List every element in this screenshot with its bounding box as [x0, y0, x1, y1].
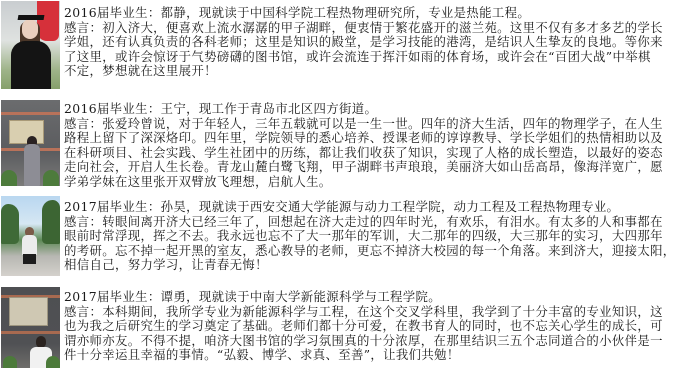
entry-text: 2017届毕业生：谭勇，现就读于中南大学新能源科学与工程学院。 感言：本科期间，… — [64, 290, 684, 363]
entry-body-line: 感言：张爱玲曾说，对于年轻人，三年五载就可以是一生一世。四年的济大生活，四年的物… — [64, 117, 684, 132]
entry-body-line: 了这里，或许会惊讶于气势磅礴的图书馆，或许会流连于挥汗如雨的体育场，或许会在“百… — [64, 50, 684, 65]
entry-heading: 2016届毕业生：王宁，现工作于青岛市北区四方街道。 — [64, 102, 684, 117]
entry-heading: 2017届毕业生：孙昊，现就读于西安交通大学能源与动力工程学院，动力工程及工程热… — [64, 200, 684, 215]
entry-body-line: 感言：初入济大，便喜欢上流水潺潺的甲子湖畔，便衷情于繁花盛开的滋兰苑。这里不仅有… — [64, 21, 684, 36]
entry-body-line: 眼前时常浮现，挥之不去。我永远也忘不了大一那年的军训，大二那年的四级，大三那年的… — [64, 229, 684, 244]
entry-text: 2016届毕业生：王宁，现工作于青岛市北区四方街道。 感言：张爱玲曾说，对于年轻… — [64, 102, 684, 190]
entry-body-line: 的考研。忘不掉一起开黑的室友，悉心教导的老师，更忘不掉济大校园的每一个角落。来到… — [64, 244, 684, 259]
entry-text: 2016届毕业生：都静，现就读于中国科学院工程热物理研究所，专业是热能工程。 感… — [64, 6, 684, 79]
entry-body-line: 不定，梦想就在这里展开！ — [64, 64, 684, 79]
entry-body-line: 也为我之后研究生的学习奠定了基础。老师们都十分可爱，在教书育人的同时，也不忘关心… — [64, 319, 684, 334]
entry-body-line: 感言：本科期间，我所学专业为新能源科学与工程，在这个交叉学科里，我学到了十分丰富… — [64, 305, 684, 320]
entry-heading: 2016届毕业生：都静，现就读于中国科学院工程热物理研究所，专业是热能工程。 — [64, 6, 684, 21]
entry-body-line: 相信自己，努力学习，让青春无悔！ — [64, 258, 684, 273]
graduate-in-gown-photo — [1, 1, 60, 89]
man-by-plaque-photo — [1, 287, 60, 368]
woman-by-plaque-photo — [1, 100, 60, 186]
entry-body-line: 学姐，还有认真负责的各科老师；这里是知识的殿堂，是学习技能的港湾，是结识人生挚友… — [64, 35, 684, 50]
entry-heading: 2017届毕业生：谭勇，现就读于中南大学新能源科学与工程学院。 — [64, 290, 684, 305]
entry-body-line: 路程上留下了深深烙印。四年里，学院领导的悉心培养、授课老师的谆谆教导、学长学姐们… — [64, 131, 684, 146]
entry-text: 2017届毕业生：孙昊，现就读于西安交通大学能源与动力工程学院，动力工程及工程热… — [64, 200, 684, 273]
entry-body-line: 件十分幸运且幸福的事情。“弘毅、博学、求真、至善”，让我们共勉！ — [64, 348, 684, 363]
entry-body-line: 谓亦师亦友。不得不提，咱济大图书馆的学习氛围真的十分浓厚，在那里结识三五个志同道… — [64, 334, 684, 349]
entry-body-line: 走向社会，开启人生长卷。青龙山麓白鹭飞翔，甲子湖畔书声琅琅，美丽济大如山岳高昂，… — [64, 160, 684, 175]
entry-body-line: 学弟学妹在这里张开双臂放飞理想，启航人生。 — [64, 175, 684, 190]
entry-body-line: 在科研项目、社会实践、学生社团中的历练，都让我们收获了知识，实现了人格的成长塑造… — [64, 146, 684, 161]
entry-body-line: 感言：转眼间离开济大已经三年了，回想起在济大走过的四年时光，有欢乐，有泪水。有太… — [64, 215, 684, 230]
man-under-palms-photo — [1, 196, 60, 276]
